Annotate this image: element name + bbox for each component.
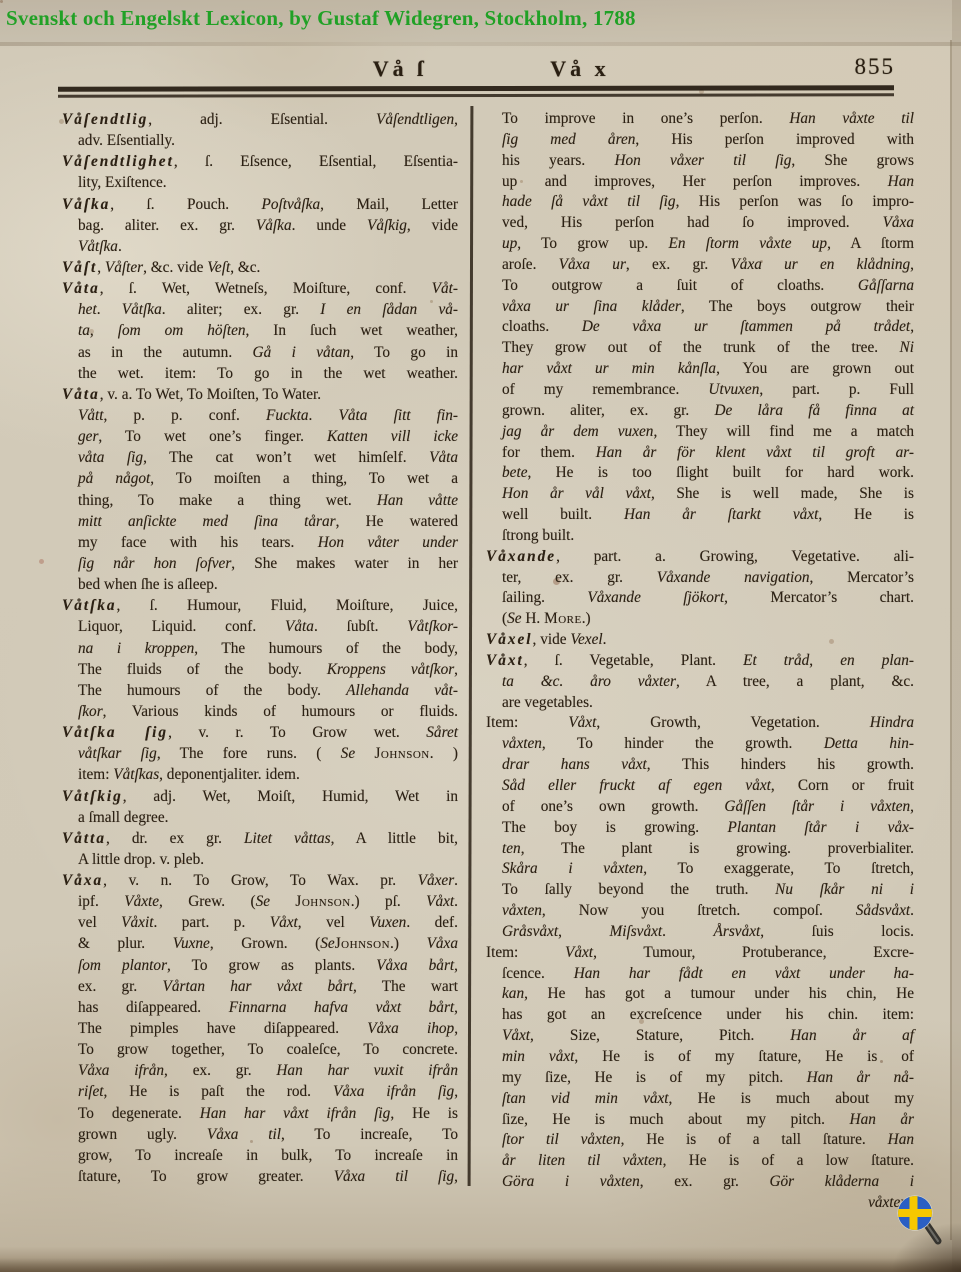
page-top-edge [0, 42, 961, 46]
text-segment: Nu ſkår ni i [775, 881, 914, 898]
dictionary-line: bed when ſhe is aſleep. [62, 574, 458, 595]
digitizer-title-banner: Svenskt och Engelskt Lexicon, by Gustaf … [6, 6, 636, 31]
text-segment: Våxa til [207, 1126, 281, 1143]
text-segment: Han har våxt ifrån ſig [200, 1105, 391, 1122]
text-segment: , [454, 661, 458, 678]
text-segment: Utvuxen [708, 381, 759, 398]
text-segment: grow, To increaſe in bulk, To increaſe i… [78, 1147, 458, 1164]
header-rule-thin [58, 93, 894, 97]
entry-headword: Våtta [62, 830, 106, 847]
text-segment: Fuckta [266, 407, 308, 424]
text-segment: Veſt [207, 259, 230, 276]
text-segment: Han våtte [377, 492, 458, 509]
dictionary-line: cloaths. De våxa ur ſtammen på trådet, [486, 317, 914, 338]
text-segment: Se [320, 935, 334, 952]
text-segment: år liten til våxten [502, 1152, 663, 1169]
dictionary-line: drar hans våxt, This hinders his growth. [486, 755, 914, 776]
text-segment: , A little bit, [331, 830, 458, 847]
text-segment: Gå i våtan [253, 344, 351, 361]
dictionary-line: my ſize, He is of my pitch. Han år nå- [486, 1068, 914, 1089]
text-segment: Gåſſen ſtår i våxten [724, 798, 910, 815]
entry-headword: Våxande [486, 548, 556, 565]
dictionary-line: Hon år vål våxt, She is well made, She i… [486, 484, 914, 505]
text-segment: Johnson [374, 745, 429, 762]
text-segment: , To hinder the growth. [542, 735, 824, 752]
text-segment: , The plant is growing. proverbialiter. [521, 840, 914, 857]
text-segment: , &c. [230, 259, 260, 276]
text-segment: Göra i våxten [502, 1173, 640, 1190]
swedish-flag-magnifier-icon [895, 1194, 945, 1256]
text-segment: grown ugly. [78, 1126, 207, 1143]
text-segment: , She makes water in her [231, 555, 458, 572]
text-segment: has got an excreſcence under his chin. i… [502, 1006, 914, 1023]
text-segment: . unde [292, 217, 367, 234]
text-segment: ger [78, 428, 98, 445]
text-segment: The humours of the body. [78, 682, 346, 699]
text-segment: , deponentjaliter. idem. [159, 766, 300, 783]
text-segment: min våxt [502, 1048, 574, 1065]
entry-headword: Våxel [486, 631, 533, 648]
dictionary-line: våtſkar ſig, The fore runs. ( Se Johnson… [62, 743, 458, 764]
text-segment: of my remembrance. [502, 381, 708, 398]
text-segment: Våxa bårt [376, 957, 454, 974]
text-segment: , She is well made, She is [651, 485, 914, 502]
entry-headword: Våta [62, 280, 100, 297]
dictionary-line: na i kroppen, The humours of the body, [62, 638, 458, 659]
dictionary-line: riſet, He is paſt the rod. Våxa ifrån ſi… [62, 1081, 458, 1102]
dictionary-line: grown ugly. Våxa til, To increaſe, To [62, 1124, 458, 1145]
dictionary-line: (Se H. More.) [486, 609, 914, 630]
text-segment: Vexel [570, 631, 602, 648]
dictionary-line: ſig når hon ſofver, She makes water in h… [62, 553, 458, 574]
dictionary-line: Våſendtlighet, ſ. Eſsence, Eſsential, Eſ… [62, 151, 458, 172]
text-segment: Våxande ſjökort [587, 589, 724, 606]
text-segment: , [454, 1083, 458, 1100]
dictionary-line: ten, The plant is growing. proverbialite… [486, 839, 914, 860]
text-segment: , The fore runs. ( [157, 745, 341, 762]
text-segment: , [809, 652, 840, 669]
text-segment: , Mercator’s [810, 569, 914, 586]
text-segment: Han våxte til [789, 110, 914, 127]
text-segment: ſtor til våxten [502, 1131, 621, 1148]
dictionary-line: lity, Exiſtence. [62, 172, 458, 193]
dictionary-line: het. Våtſka. aliter; ex. gr. I en ſådan … [62, 299, 458, 320]
text-segment: To ſally beyond the truth. [502, 881, 775, 898]
dictionary-line: my face with his tears. Hon våter under [62, 532, 458, 553]
text-segment: Han år [850, 1111, 914, 1128]
text-segment [270, 893, 295, 910]
text-segment: har våxt ur min kånſla [502, 360, 716, 377]
text-segment: Våtſka [78, 238, 118, 255]
text-segment: , She grows [791, 152, 914, 169]
text-segment: , His perſon was ſo impro- [676, 193, 914, 210]
text-segment: , The wart [353, 978, 458, 995]
text-segment: , Size, Stature, Pitch. [530, 1027, 790, 1044]
text-segment: , v. n. To Grow, To Wax. pr. [103, 872, 417, 889]
dictionary-line: hade ſå våxt til ſig, His perſon was ſo … [486, 192, 914, 213]
text-segment: & plur. [78, 935, 173, 952]
dictionary-line: Våta, ſ. Wet, Wetneſs, Moiſture, conf. V… [62, 278, 458, 299]
dictionary-line: has diſappeared. Finnarna hafva våxt bår… [62, 997, 458, 1018]
text-segment: a ſmall degree. [78, 809, 168, 826]
text-segment: Hindra [870, 714, 914, 731]
text-segment: Gåſſarna [858, 277, 914, 294]
text-segment: , He has got a tumour under his chin, He [524, 985, 914, 1002]
dictionary-line: ſtrong built. [486, 526, 914, 547]
text-segment: . aliter; ex. gr. [162, 301, 321, 318]
scanned-dictionary-page: Svenskt och Engelskt Lexicon, by Gustaf … [0, 0, 961, 1272]
text-segment: , Grown. ( [210, 935, 320, 952]
text-segment: Vuxen [369, 914, 406, 931]
text-segment: Vårtan har våxt bårt [163, 978, 353, 995]
text-segment: . ſubſt. [314, 618, 407, 635]
dictionary-line: Våſt, Våſter, &c. vide Veſt, &c. [62, 257, 458, 278]
dictionary-line: ſailing. Våxande ſjökort, Mercator’s cha… [486, 588, 914, 609]
text-segment: ex. gr. [78, 978, 163, 995]
text-segment: Våta ſitt fin- [339, 407, 459, 424]
text-segment: ta &c. åro våxter [502, 673, 676, 690]
dictionary-line: Item: Våxt, Growth, Vegetation. Hindra [486, 713, 914, 734]
dictionary-line: are vegetables. [486, 693, 914, 714]
text-segment: , The boys outgrow their [681, 298, 914, 315]
text-segment: , [454, 1020, 458, 1037]
text-segment: adv. Eſsentially. [78, 132, 175, 149]
text-segment: his years. [502, 152, 614, 169]
text-segment: , [454, 999, 458, 1016]
text-segment: , Mercator’s chart. [724, 589, 914, 606]
text-segment: Miſsvåxt [609, 923, 662, 940]
dictionary-line: up and improves, Her perſon improves. Ha… [486, 172, 914, 193]
dictionary-line: a ſmall degree. [62, 807, 458, 828]
text-segment: .) [390, 935, 427, 952]
text-segment: Liquor, Liquid. conf. [78, 618, 285, 635]
dictionary-line: his years. Hon våxer til ſig, She grows [486, 151, 914, 172]
dictionary-line: ſcence. Han har fådt en våxt under ha- [486, 964, 914, 985]
text-segment: ſom plantor [78, 957, 167, 974]
text-segment: , A ſtorm [827, 235, 914, 252]
dictionary-line: ger, To wet one’s finger. Katten vill ic… [62, 426, 458, 447]
text-segment: , To increaſe, To [281, 1126, 458, 1143]
text-segment: , His perſon improved with [635, 131, 914, 148]
text-segment: ſtature, To grow greater. [78, 1168, 334, 1185]
text-segment: Item: [486, 714, 568, 731]
text-segment: Han har fådt en våxt under ha- [574, 965, 914, 982]
dictionary-line: kan, He has got a tumour under his chin,… [486, 984, 914, 1005]
dictionary-line: ter, ex. gr. Våxande navigation, Mercato… [486, 568, 914, 589]
text-segment: Plantan ſtår i våx- [728, 819, 914, 836]
text-segment: , He is [390, 1105, 458, 1122]
text-segment: De våxa ur ſtammen på trådet [582, 318, 910, 335]
text-segment: Han år ſtarkt våxt [624, 506, 818, 523]
text-segment: , adj. Wet, Moiſt, Humid, Wet in [123, 788, 458, 805]
text-segment: , v. r. To Grow wet. [168, 724, 426, 741]
text-segment: Våſka [256, 217, 292, 234]
text-segment: item: [78, 766, 113, 783]
text-segment: ſtan vid min våxt [502, 1090, 669, 1107]
dictionary-line: Våxt, ſ. Vegetable, Plant. Et tråd, en p… [486, 651, 914, 672]
text-segment: , He is much about my [669, 1090, 914, 1107]
text-segment: , ſuis locis. [760, 923, 914, 940]
text-segment: Våtſkor- [407, 618, 458, 635]
text-segment: . [454, 893, 458, 910]
text-segment: , [910, 256, 914, 273]
text-segment: Våxt [426, 893, 454, 910]
dictionary-line: ta, ſom om höſten, In ſuch wet weather, [62, 320, 458, 341]
dictionary-line: of my remembrance. Utvuxen, part. p. Ful… [486, 380, 914, 401]
text-segment: well built. [502, 506, 624, 523]
dictionary-line: Våſendtlig, adj. Eſsential. Våſendtligen… [62, 109, 458, 130]
entry-headword: Våſendtlighet [62, 153, 174, 170]
text-segment: More [544, 610, 582, 627]
dictionary-line: Liquor, Liquid. conf. Våta. ſubſt. Våtſk… [62, 616, 458, 637]
text-segment: ſcence. [502, 965, 574, 982]
dictionary-line: To improve in one’s perſon. Han våxte ti… [486, 109, 914, 130]
text-segment: ved, His perſon had ſo improved. [502, 214, 883, 231]
text-segment: het [78, 301, 97, 318]
left-column: Våſendtlig, adj. Eſsential. Våſendtligen… [62, 109, 458, 1187]
text-segment: Våxa [883, 214, 914, 231]
text-segment: , Growth, Vegetation. [596, 714, 869, 731]
text-segment: , ex. gr. [626, 256, 731, 273]
text-segment: Våxa ifrån [78, 1062, 164, 1079]
text-segment: . [308, 407, 338, 424]
dictionary-line: Våtſka ſig, v. r. To Grow wet. Såret [62, 722, 458, 743]
page-number: 855 [843, 54, 895, 80]
text-segment: The boy is growing. [502, 819, 728, 836]
text-segment: en plan- [840, 652, 914, 669]
text-segment: , v. a. To Wet, To Moiſten, To Water. [100, 386, 321, 403]
text-segment: , He watered [336, 513, 458, 530]
text-segment: The pimples have diſappeared. [78, 1020, 367, 1037]
dictionary-line: A little drop. v. pleb. [62, 849, 458, 870]
text-segment: ſize, He is much about my pitch. [502, 1111, 850, 1128]
text-segment: Litet våttas [244, 830, 331, 847]
dictionary-line: To degenerate. Han har våxt ifrån ſig, H… [62, 1103, 458, 1124]
dictionary-line: har våxt ur min kånſla, You are grown ou… [486, 359, 914, 380]
text-segment: ſtrong built. [502, 527, 574, 544]
text-segment: våxten [502, 735, 542, 752]
text-segment: , A tree, a plant, &c. [676, 673, 914, 690]
text-segment: Se [507, 610, 521, 627]
text-segment: ipf. [78, 893, 124, 910]
dictionary-line: Våtta, dr. ex gr. Litet våttas, A little… [62, 828, 458, 849]
dictionary-line: våta ſig, The cat won’t wet himſelf. Våt… [62, 447, 458, 468]
dictionary-line: ved, His perſon had ſo improved. Våxa [486, 213, 914, 234]
text-segment: drar hans våxt [502, 756, 647, 773]
text-segment: på något [78, 470, 150, 487]
scan-right-band [952, 0, 961, 1272]
dictionary-line: item: Våtſkas, deponentjaliter. idem. [62, 764, 458, 785]
text-segment: Våt- [432, 280, 458, 297]
dictionary-line: ſig med åren, His perſon improved with [486, 130, 914, 151]
text-segment: Sådsvåxt [856, 902, 910, 919]
entry-headword: Våxt [486, 652, 524, 669]
text-segment: bed when ſhe is aſleep. [78, 576, 218, 593]
entry-headword: Våtſka ſig [62, 724, 168, 741]
text-segment: Kroppens våtſkor [327, 661, 454, 678]
text-segment: Våxande navigation [657, 569, 810, 586]
text-segment: , vel [298, 914, 369, 931]
text-segment: Våtſkas [113, 766, 159, 783]
text-segment: Våſkig [367, 217, 407, 234]
text-segment: mitt anſickte med ſina tårar [78, 513, 336, 530]
text-segment: Vuxne [173, 935, 210, 952]
text-segment: Våſter [105, 259, 143, 276]
dictionary-line: of one’s own growth. Gåſſen ſtår i våxte… [486, 797, 914, 818]
text-segment: , He is paſt the rod. [104, 1083, 333, 1100]
text-segment: . [97, 301, 122, 318]
dictionary-line: The humours of the body. Allehanda våt- [62, 680, 458, 701]
text-segment: Poſtvåſka [261, 196, 320, 213]
text-segment: våxten [502, 902, 542, 919]
dictionary-line: They grow out of the trunk of the tree. … [486, 338, 914, 359]
text-segment: . ) [430, 745, 458, 762]
text-segment: Våxte [124, 893, 159, 910]
dictionary-line: To grow together, To coaleſce, To concre… [62, 1039, 458, 1060]
text-segment: To grow together, To coaleſce, To concre… [78, 1041, 458, 1058]
text-segment: Finnarna hafva våxt bårt [229, 999, 454, 1016]
dictionary-line: Våtſka, ſ. Humour, Fluid, Moiſture, Juic… [62, 595, 458, 616]
dictionary-line: Våtſkig, adj. Wet, Moiſt, Humid, Wet in [62, 786, 458, 807]
text-segment: , Corn or fruit [771, 777, 914, 794]
text-segment: , To grow up. [517, 235, 668, 252]
text-segment: , ex. gr. [640, 1173, 770, 1190]
dictionary-line: mitt anſickte med ſina tårar, He watered [62, 511, 458, 532]
text-segment: , adj. Eſsential. [148, 111, 376, 128]
text-segment: up and improves, Her perſon improves. [502, 173, 888, 190]
text-segment: Han [888, 173, 914, 190]
dictionary-line: The pimples have diſappeared. Våxa ihop, [62, 1018, 458, 1039]
dictionary-line: på något, To moiſten a thing, To wet a [62, 468, 458, 489]
dictionary-line: aroſe. Våxa ur, ex. gr. Våxa ur en klådn… [486, 255, 914, 276]
text-segment: , [97, 259, 105, 276]
page-right-edge [950, 40, 952, 1240]
text-segment: ten [502, 840, 521, 857]
text-segment: , Grew. ( [159, 893, 256, 910]
text-segment: lity, Exiſtence. [78, 174, 167, 191]
text-segment: , He is of a tall ſtature. [621, 1131, 888, 1148]
dictionary-line: Item: Våxt, Tumour, Protuberance, Excre- [486, 943, 914, 964]
text-segment: thing, To make a thing wet. [78, 492, 377, 509]
text-segment: , In ſuch wet weather, [246, 322, 459, 339]
dictionary-line: & plur. Vuxne, Grown. (SeJohnson.) Våxa [62, 933, 458, 954]
text-segment: , You are grown out [716, 360, 914, 377]
text-segment: my face with his tears. [78, 534, 318, 551]
dictionary-line: To outgrow a ſuit of cloaths. Gåſſarna [486, 276, 914, 297]
text-segment: riſet [78, 1083, 104, 1100]
text-segment: , [454, 1168, 458, 1185]
text-segment: , vide [533, 631, 571, 648]
dictionary-line: Våtſka. [62, 236, 458, 257]
dictionary-line: Gråsvåxt, Miſsvåxt. Årsvåxt, ſuis locis. [486, 922, 914, 943]
text-segment: . part. p. [153, 914, 269, 931]
text-segment: , Various kinds of humours or fluids. [103, 703, 458, 720]
text-segment: my ſize, He is of my pitch. [502, 1069, 807, 1086]
text-segment: , [910, 318, 914, 335]
text-segment: for them. [502, 444, 596, 461]
text-segment: våtſkar ſig [78, 745, 157, 762]
text-segment: Skåra i våxten [502, 860, 643, 877]
text-segment: Hon våxer til ſig [614, 152, 791, 169]
text-segment: Våxa ifrån ſig [333, 1083, 454, 1100]
text-segment: . [910, 902, 914, 919]
dictionary-line: The boy is growing. Plantan ſtår i våx- [486, 818, 914, 839]
text-segment: , [454, 957, 458, 974]
text-segment: , To go in [350, 344, 458, 361]
dictionary-line: has got an excreſcence under his chin. i… [486, 1005, 914, 1026]
text-segment: Gråsvåxt [502, 923, 558, 940]
text-segment: aroſe. [502, 256, 559, 273]
header-catchword-right: Vå x [538, 56, 622, 82]
text-segment: Han har vuxit ifrån [276, 1062, 458, 1079]
text-segment: Våtſka [122, 301, 162, 318]
text-segment: the wet. item: To go in the wet weather. [78, 365, 458, 382]
text-segment: , This hinders his growth. [647, 756, 914, 773]
text-segment: vel [78, 914, 121, 931]
text-segment: , He is of my ſtature, He is of [574, 1048, 914, 1065]
text-segment: . [454, 872, 458, 889]
text-segment: , part. p. Full [759, 381, 914, 398]
text-segment: ter, ex. gr. [502, 569, 657, 586]
text-segment: De låra få finna at [714, 402, 914, 419]
text-segment: kan [502, 985, 524, 1002]
text-segment: våxa ur ſina klåder [502, 298, 681, 315]
text-segment: of one’s own growth. [502, 798, 724, 815]
dictionary-line: Vått, p. p. conf. Fuckta. Våta ſitt fin- [62, 405, 458, 426]
dictionary-line: bag. aliter. ex. gr. Våſka. unde Våſkig,… [62, 215, 458, 236]
dictionary-line: Våxel, vide Vexel. [486, 630, 914, 651]
dictionary-line: Våſka, ſ. Pouch. Poſtvåſka, Mail, Letter [62, 194, 458, 215]
dictionary-line: min våxt, He is of my ſtature, He is of [486, 1047, 914, 1068]
dictionary-line: jag år dem vuxen, They will find me a ma… [486, 422, 914, 443]
text-segment: Våxer [418, 872, 455, 889]
entry-headword: Våſka [62, 196, 110, 213]
text-segment: Item: [486, 944, 565, 961]
text-segment: Hon våter under [318, 534, 458, 551]
text-segment: as in the autumn. [78, 344, 253, 361]
text-segment: , The cat won’t wet himſelf. [143, 449, 429, 466]
text-segment: Johnson [335, 935, 390, 952]
text-segment: Våxt [565, 944, 593, 961]
dictionary-line: ſtor til våxten, He is of a tall ſtature… [486, 1130, 914, 1151]
text-segment: . [662, 923, 713, 940]
text-segment: , &c. vide [143, 259, 207, 276]
text-segment: , The humours of the body, [194, 640, 458, 657]
text-segment: Våxt [502, 1027, 530, 1044]
dictionary-line: ſom plantor, To grow as plants. Våxa bår… [62, 955, 458, 976]
text-segment: I en ſådan vå- [320, 301, 458, 318]
text-segment: na i kroppen [78, 640, 194, 657]
text-segment: ſig med åren [502, 131, 635, 148]
text-segment: våta ſig [78, 449, 143, 466]
dictionary-line: Våxa ifrån, ex. gr. Han har vuxit ifrån [62, 1060, 458, 1081]
text-segment: , ex. gr. [164, 1062, 276, 1079]
dictionary-line: up, To grow up. En ſtorm våxte up, A ſto… [486, 234, 914, 255]
entry-headword: Våtſkig [62, 788, 123, 805]
text-segment: ſailing. [502, 589, 587, 606]
text-segment: , [910, 798, 914, 815]
text-segment: Han [888, 1131, 914, 1148]
text-segment: , To grow as plants. [167, 957, 376, 974]
text-segment: Katten vill icke [327, 428, 458, 445]
text-segment: has diſappeared. [78, 999, 229, 1016]
dictionary-line: Våxa, v. n. To Grow, To Wax. pr. Våxer. [62, 870, 458, 891]
text-segment: , ſ. Eſsence, Eſsential, Eſsentia- [174, 153, 458, 170]
text-segment: Gör klåderna i [769, 1173, 914, 1190]
text-segment: , Mail, Letter [320, 196, 458, 213]
text-segment: . [603, 631, 607, 648]
text-segment: , p. p. conf. [104, 407, 267, 424]
